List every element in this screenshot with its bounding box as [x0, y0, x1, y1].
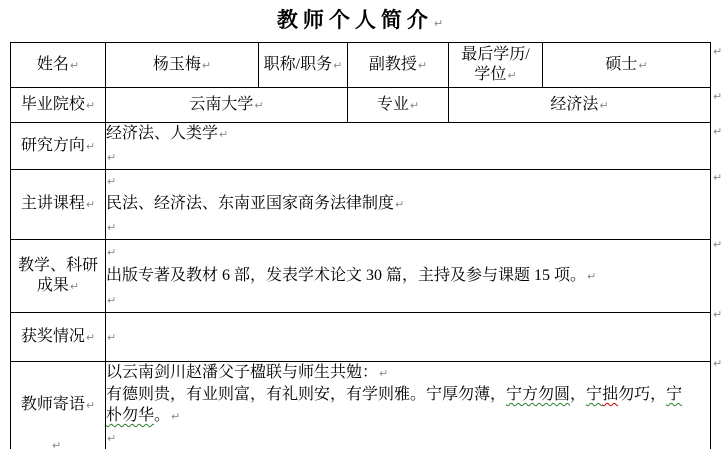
paragraph-mark-icon: ↵ [332, 59, 342, 72]
achievements-value: 出版专著及教材 6 部，发表学术论文 30 篇，主持及参与课题 15 项。 [106, 267, 586, 284]
paragraph-mark-icon: ↵ [106, 331, 116, 344]
courses-label: 主讲课程 [21, 195, 85, 212]
message-segment: ， [570, 386, 586, 403]
paragraph-mark-icon: ↵ [409, 99, 419, 112]
message-segment: 宁 [666, 386, 682, 403]
paragraph-mark-icon: ↵ [394, 198, 404, 211]
paragraph-mark-icon: ↵ [85, 99, 95, 112]
major-value: 经济法 [550, 96, 598, 113]
paragraph-mark-icon: ↵ [106, 221, 116, 234]
message-label-cell[interactable]: 教师寄语↵ [11, 362, 106, 449]
achievements-label-line2: 成果 [37, 277, 69, 294]
degree-label-line2-wrap: 学位↵ [449, 65, 542, 86]
job-title-value-cell[interactable]: 副教授↵ [348, 43, 449, 88]
message-segment: 宁 [586, 386, 602, 403]
degree-label-cell[interactable]: 最后学历/ 学位↵ [449, 43, 543, 88]
message-segment: 。 [154, 407, 170, 424]
message-line1: 以云南剑川赵潘父子楹联与师生共勉：↵ [106, 362, 710, 384]
courses-value-cell[interactable]: ↵ 民法、经济法、东南亚国家商务法律制度↵ ↵ [106, 170, 711, 240]
research-label-cell[interactable]: 研究方向↵ [11, 123, 106, 170]
courses-value-line: 民法、经济法、东南亚国家商务法律制度↵ [106, 193, 710, 216]
name-value: 杨玉梅 [153, 56, 201, 73]
courses-value: 民法、经济法、东南亚国家商务法律制度 [106, 195, 394, 212]
paragraph-mark-icon: ↵ [433, 17, 443, 30]
message-segment: 勿巧， [618, 386, 666, 403]
end-of-row-mark: ↵ [712, 90, 722, 103]
major-label-cell[interactable]: 专业↵ [348, 88, 449, 123]
awards-value-cell[interactable]: ↵ [106, 313, 711, 362]
end-of-row-mark: ↵ [712, 45, 722, 58]
achievements-label-cell[interactable]: 教学、科研 成果↵ [11, 240, 106, 313]
paragraph-mark-icon: ↵ [69, 280, 79, 293]
research-value: 经济法、人类学 [106, 125, 218, 142]
paragraph-mark-icon: ↵ [253, 99, 263, 112]
school-label: 毕业院校 [21, 96, 85, 113]
degree-label-line2: 学位 [474, 66, 506, 83]
school-value-cell[interactable]: 云南大学↵ [106, 88, 348, 123]
message-line2: 有德则贵，有业则富，有礼则安，有学则雅。宁厚勿薄，宁方勿圆，宁拙勿巧，宁 [106, 384, 710, 405]
paragraph-mark-icon: ↵ [85, 140, 95, 153]
teacher-profile-table: 姓名↵ 杨玉梅↵ 职称/职务↵ 副教授↵ 最后学历/ 学位↵ 硕士↵ 毕业院校↵… [10, 42, 711, 449]
research-value-line: 经济法、人类学↵ [106, 123, 710, 146]
paragraph-mark-icon: ↵ [586, 270, 596, 283]
message-segment: 有德则贵，有业则富，有礼则安，有学则雅。宁厚勿薄， [106, 386, 506, 403]
name-label: 姓名 [37, 56, 69, 73]
message-value-cell[interactable]: 以云南剑川赵潘父子楹联与师生共勉：↵ 有德则贵，有业则富，有礼则安，有学则雅。宁… [106, 362, 711, 449]
paragraph-mark-icon: ↵ [51, 439, 61, 449]
research-label: 研究方向 [21, 137, 85, 154]
empty-paragraph: ↵ [106, 427, 710, 449]
row-basic-info: 姓名↵ 杨玉梅↵ 职称/职务↵ 副教授↵ 最后学历/ 学位↵ 硕士↵ [11, 43, 711, 88]
end-of-row-mark: ↵ [712, 238, 722, 251]
degree-value: 硕士 [605, 56, 637, 73]
school-label-cell[interactable]: 毕业院校↵ [11, 88, 106, 123]
message-line3: 朴勿华。↵ [106, 405, 710, 427]
paragraph-mark-icon: ↵ [106, 151, 116, 164]
end-of-row-mark: ↵ [712, 125, 722, 138]
row-courses: 主讲课程↵ ↵ 民法、经济法、东南亚国家商务法律制度↵ ↵ [11, 170, 711, 240]
empty-paragraph: ↵ [106, 240, 710, 264]
achievements-label-line2-wrap: 成果↵ [11, 276, 105, 297]
job-title-label: 职称/职务 [264, 56, 332, 73]
paragraph-mark-icon: ↵ [106, 175, 116, 188]
empty-paragraph: ↵ [106, 146, 710, 169]
paragraph-mark-icon: ↵ [378, 367, 388, 380]
paragraph-mark-icon: ↵ [417, 59, 427, 72]
empty-paragraph: ↵ [106, 216, 710, 239]
paragraph-mark-icon: ↵ [69, 59, 79, 72]
empty-paragraph: ↵ [106, 288, 710, 312]
courses-label-cell[interactable]: 主讲课程↵ [11, 170, 106, 240]
end-of-row-mark: ↵ [712, 357, 722, 370]
document-title[interactable]: 教师个人简介↵ [10, 6, 710, 38]
row-message: 教师寄语↵ 以云南剑川赵潘父子楹联与师生共勉：↵ 有德则贵，有业则富，有礼则安，… [11, 362, 711, 449]
paragraph-mark-icon: ↵ [506, 69, 516, 82]
achievements-value-line: 出版专著及教材 6 部，发表学术论文 30 篇，主持及参与课题 15 项。↵ [106, 264, 710, 288]
paragraph-mark-icon: ↵ [106, 246, 116, 259]
paragraph-mark-icon: ↵ [218, 128, 228, 141]
message-line3-segments: 朴勿华。 [106, 407, 170, 424]
message-line1-text: 以云南剑川赵潘父子楹联与师生共勉： [106, 364, 378, 381]
job-title-label-cell[interactable]: 职称/职务↵ [259, 43, 348, 88]
achievements-value-cell[interactable]: ↵ 出版专著及教材 6 部，发表学术论文 30 篇，主持及参与课题 15 项。↵… [106, 240, 711, 313]
achievements-label-line1: 教学、科研 [11, 256, 105, 276]
paragraph-mark-icon: ↵ [85, 399, 95, 412]
paragraph-mark-icon: ↵ [85, 198, 95, 211]
paragraph-mark-icon: ↵ [85, 331, 95, 344]
end-of-row-mark: ↵ [712, 171, 722, 184]
awards-label-cell[interactable]: 获奖情况↵ [11, 313, 106, 362]
awards-label: 获奖情况 [21, 328, 85, 345]
job-title-value: 副教授 [369, 56, 417, 73]
message-label: 教师寄语 [21, 396, 85, 413]
row-achievements: 教学、科研 成果↵ ↵ 出版专著及教材 6 部，发表学术论文 30 篇，主持及参… [11, 240, 711, 313]
name-value-cell[interactable]: 杨玉梅↵ [106, 43, 259, 88]
row-research: 研究方向↵ 经济法、人类学↵ ↵ [11, 123, 711, 170]
paragraph-mark-icon: ↵ [598, 99, 608, 112]
major-label: 专业 [377, 96, 409, 113]
degree-value-cell[interactable]: 硕士↵ [543, 43, 711, 88]
paragraph-mark-icon: ↵ [106, 432, 116, 445]
research-value-cell[interactable]: 经济法、人类学↵ ↵ [106, 123, 711, 170]
message-segment: 宁方勿圆 [506, 386, 570, 403]
paragraph-mark-icon: ↵ [637, 59, 647, 72]
paragraph-mark-icon: ↵ [201, 59, 211, 72]
paragraph-mark-icon: ↵ [170, 410, 180, 423]
row-school: 毕业院校↵ 云南大学↵ 专业↵ 经济法↵ [11, 88, 711, 123]
degree-label-line1: 最后学历/ [449, 45, 542, 65]
major-value-cell[interactable]: 经济法↵ [449, 88, 711, 123]
message-segment: 朴勿华 [106, 407, 154, 424]
document-title-text: 教师个人简介 [277, 8, 433, 32]
school-value: 云南大学 [189, 96, 253, 113]
name-label-cell[interactable]: 姓名↵ [11, 43, 106, 88]
row-awards: 获奖情况↵ ↵ [11, 313, 711, 362]
paragraph-mark-icon: ↵ [106, 294, 116, 307]
empty-paragraph: ↵ [106, 170, 710, 193]
message-segment: 拙 [602, 386, 618, 403]
end-of-row-mark: ↵ [712, 308, 722, 321]
document-page: 教师个人简介↵ 姓名↵ 杨玉梅↵ 职称/职务↵ 副教授↵ 最后学历/ 学位↵ 硕… [0, 0, 722, 449]
